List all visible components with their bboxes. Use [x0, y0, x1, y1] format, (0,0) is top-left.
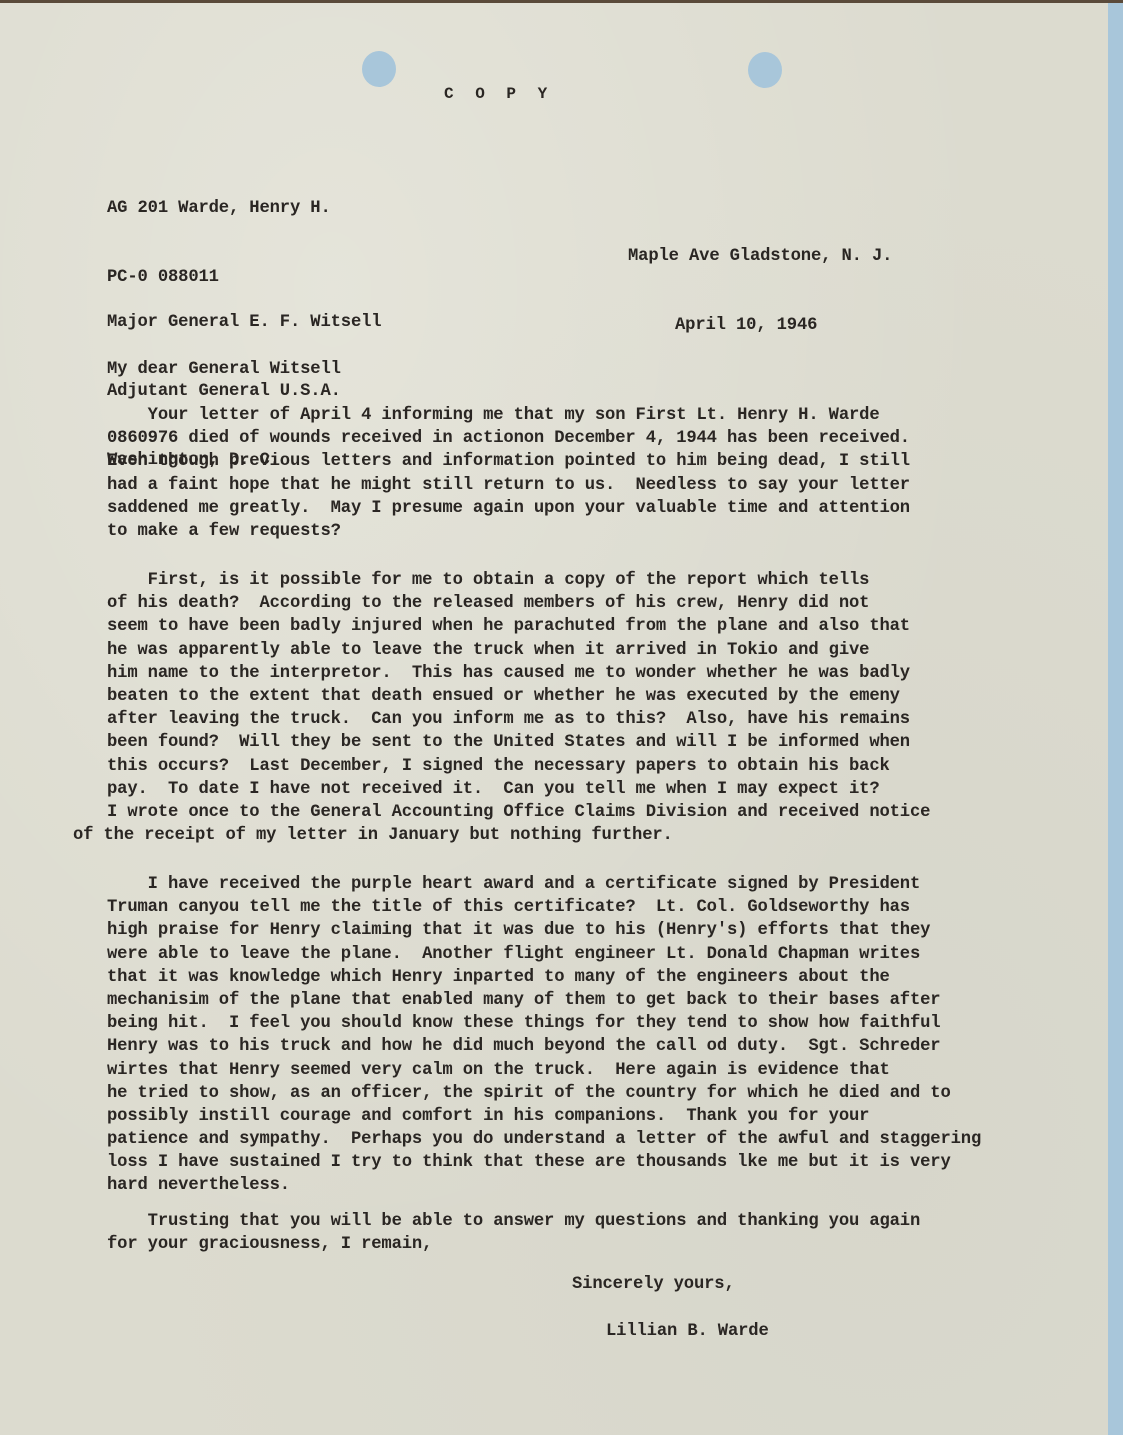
letter-page: C O P Y AG 201 Warde, Henry H. PC-0 0880…	[0, 3, 1108, 1435]
body-paragraph: Trusting that you will be able to answer…	[107, 1210, 920, 1256]
salutation: My dear General Witsell	[107, 358, 341, 381]
signature: Lillian B. Warde	[606, 1320, 769, 1343]
paragraph-line: him name to the interpretor. This has ca…	[107, 662, 930, 685]
letter-date: April 10, 1946	[628, 314, 892, 337]
body-paragraph: I have received the purple heart award a…	[107, 873, 981, 1198]
paragraph-line: hard nevertheless.	[107, 1174, 981, 1197]
paragraph-line: this occurs? Last December, I signed the…	[107, 755, 930, 778]
paragraph-line: beaten to the extent that death ensued o…	[107, 685, 930, 708]
paragraph-line: 0860976 died of wounds received in actio…	[107, 427, 910, 450]
body-paragraph: First, is it possible for me to obtain a…	[107, 569, 930, 847]
paragraph-line: after leaving the truck. Can you inform …	[107, 708, 930, 731]
body-paragraph: Your letter of April 4 informing me that…	[107, 404, 910, 543]
paragraph-line: that it was knowledge which Henry inpart…	[107, 966, 981, 989]
paragraph-line: Your letter of April 4 informing me that…	[107, 404, 910, 427]
paragraph-line: I have received the purple heart award a…	[107, 873, 981, 896]
sender-block: Maple Ave Gladstone, N. J. April 10, 194…	[628, 199, 892, 383]
paragraph-line: he tried to show, as an officer, the spi…	[107, 1082, 981, 1105]
copy-heading: C O P Y	[444, 83, 553, 106]
paragraph-line: seem to have been badly injured when he …	[107, 615, 930, 638]
paragraph-line: Truman canyou tell me the title of this …	[107, 896, 981, 919]
paragraph-line: being hit. I feel you should know these …	[107, 1012, 981, 1035]
paragraph-line: patience and sympathy. Perhaps you do un…	[107, 1128, 981, 1151]
paragraph-line: mechanisim of the plane that enabled man…	[107, 989, 981, 1012]
paragraph-line: possibly instill courage and comfort in …	[107, 1105, 981, 1128]
paragraph-line: high praise for Henry claiming that it w…	[107, 919, 981, 942]
paragraph-line: I wrote once to the General Accounting O…	[107, 801, 930, 824]
paragraph-line: were able to leave the plane. Another fl…	[107, 943, 981, 966]
reference-line: AG 201 Warde, Henry H.	[107, 197, 331, 220]
closing: Sincerely yours,	[572, 1273, 735, 1296]
paragraph-line: of the receipt of my letter in January b…	[73, 824, 930, 847]
paragraph-line: wirtes that Henry seemed very calm on th…	[107, 1059, 981, 1082]
paragraph-line: Even though previous letters and informa…	[107, 450, 910, 473]
punch-hole	[362, 51, 396, 87]
punch-hole	[748, 52, 782, 88]
paragraph-line: Trusting that you will be able to answer…	[107, 1210, 920, 1233]
paragraph-line: pay. To date I have not received it. Can…	[107, 778, 930, 801]
paragraph-line: he was apparently able to leave the truc…	[107, 639, 930, 662]
paragraph-line: been found? Will they be sent to the Uni…	[107, 731, 930, 754]
paragraph-line: saddened me greatly. May I presume again…	[107, 497, 910, 520]
paragraph-line: Henry was to his truck and how he did mu…	[107, 1035, 981, 1058]
paragraph-line: for your graciousness, I remain,	[107, 1233, 920, 1256]
recipient-title: Adjutant General U.S.A.	[107, 380, 381, 403]
paragraph-line: to make a few requests?	[107, 520, 910, 543]
paragraph-line: had a faint hope that he might still ret…	[107, 474, 910, 497]
sender-address: Maple Ave Gladstone, N. J.	[628, 245, 892, 268]
recipient-name: Major General E. F. Witsell	[107, 311, 381, 334]
paragraph-line: loss I have sustained I try to think tha…	[107, 1151, 981, 1174]
paragraph-line: First, is it possible for me to obtain a…	[107, 569, 930, 592]
paragraph-line: of his death? According to the released …	[107, 592, 930, 615]
